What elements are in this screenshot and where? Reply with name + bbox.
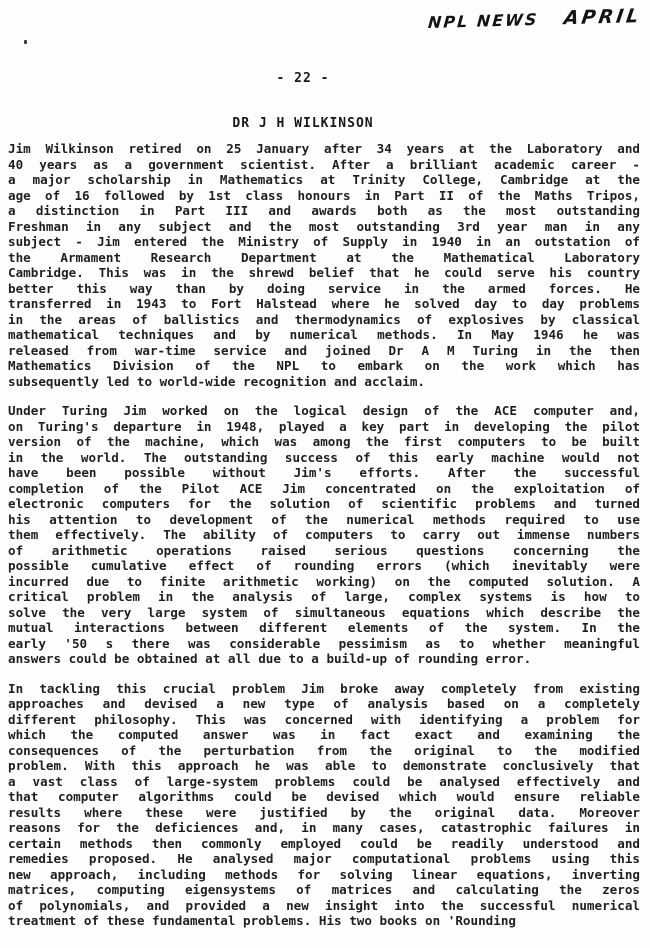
text-line: treatment of these fundamental problems.… xyxy=(8,913,640,929)
text-line: problem. With this approach he was able … xyxy=(8,758,640,774)
text-line: different philosophy. This was concerned… xyxy=(8,712,640,728)
text-line: Cambridge. This was in the shrewd belief… xyxy=(8,265,640,281)
paragraph: Jim Wilkinson retired on 25 January afte… xyxy=(8,141,640,389)
paragraph: Under Turing Jim worked on the logical d… xyxy=(8,403,640,667)
text-line: of arithmetic operations raised serious … xyxy=(8,543,640,559)
text-line: critical problem in the analysis of larg… xyxy=(8,589,640,605)
text-line: incurred due to finite arithmetic workin… xyxy=(8,574,640,590)
handwritten-publication-name: NPL NEWS xyxy=(427,10,539,32)
text-line: possible cumulative effect of rounding e… xyxy=(8,558,640,574)
text-line: mutual interactions between different el… xyxy=(8,620,640,636)
text-line: better this way than by doing service in… xyxy=(8,281,640,297)
text-line: Freshman in any subject and the most out… xyxy=(8,219,640,235)
text-line: answers could be obtained at all due to … xyxy=(8,651,640,667)
page-number: - 22 - xyxy=(0,71,628,86)
text-line: in the areas of ballistics and thermodyn… xyxy=(8,312,640,328)
text-line: matrices, computing eigensystems of matr… xyxy=(8,882,640,898)
text-line: approaches and devised a new type of ana… xyxy=(8,696,640,712)
text-line: reasons for the deficiences and, in many… xyxy=(8,820,640,836)
text-line: subject - Jim entered the Ministry of Su… xyxy=(8,234,640,250)
text-line: remedies proposed. He analysed major com… xyxy=(8,851,640,867)
text-line: certain methods then commonly employed c… xyxy=(8,836,640,852)
text-line: the Armament Research Department at the … xyxy=(8,250,640,266)
handwritten-date: APRIL 1980 xyxy=(563,3,650,29)
text-line: mathematical techniques and by numerical… xyxy=(8,327,640,343)
scanned-document-page: NPL NEWS APRIL 1980 - 22 - DR J H WILKIN… xyxy=(0,0,650,948)
text-line: that computer algorithms could be devise… xyxy=(8,789,640,805)
text-line: his attention to development of the nume… xyxy=(8,512,640,528)
text-line: on Turing's departure in 1948, played a … xyxy=(8,419,640,435)
text-line: age of 16 followed by 1st class honours … xyxy=(8,188,640,204)
text-line: of polynomials, and provided a new insig… xyxy=(8,898,640,914)
text-line: new approach, including methods for solv… xyxy=(8,867,640,883)
text-line: a distinction in Part III and awards bot… xyxy=(8,203,640,219)
page-title: DR J H WILKINSON xyxy=(0,116,628,131)
text-line: Jim Wilkinson retired on 25 January afte… xyxy=(8,141,640,157)
text-line: released from war-time service and joine… xyxy=(8,343,640,359)
text-line: early '50 s there was considerable pessi… xyxy=(8,636,640,652)
text-line: a major scholarship in Mathematics at Tr… xyxy=(8,172,640,188)
text-line: have been possible without Jim's efforts… xyxy=(8,465,640,481)
text-line: which the computed answer was in fact ex… xyxy=(8,727,640,743)
text-line: completion of the Pilot ACE Jim concentr… xyxy=(8,481,640,497)
text-line: 40 years as a government scientist. Afte… xyxy=(8,157,640,173)
text-line: results where these were justified by th… xyxy=(8,805,640,821)
text-line: In tackling this crucial problem Jim bro… xyxy=(8,681,640,697)
text-line: solve the very large system of simultane… xyxy=(8,605,640,621)
text-line: Under Turing Jim worked on the logical d… xyxy=(8,403,640,419)
text-line: them effectively. The ability of compute… xyxy=(8,527,640,543)
text-line: electronic computers for the solution of… xyxy=(8,496,640,512)
text-line: consequences of the perturbation from th… xyxy=(8,743,640,759)
text-line: in the world. The outstanding success of… xyxy=(8,450,640,466)
paragraph: In tackling this crucial problem Jim bro… xyxy=(8,681,640,929)
article-body: Jim Wilkinson retired on 25 January afte… xyxy=(8,141,640,929)
text-line: transferred in 1943 to Fort Halstead whe… xyxy=(8,296,640,312)
text-line: version of the machine, which was among … xyxy=(8,434,640,450)
text-line: subsequently led to world-wide recogniti… xyxy=(8,374,640,390)
text-line: a vast class of large-system problems co… xyxy=(8,774,640,790)
text-line: Mathematics Division of the NPL to embar… xyxy=(8,358,640,374)
scan-artifact-dot xyxy=(24,40,27,44)
handwritten-header: NPL NEWS APRIL 1980 xyxy=(428,5,644,33)
